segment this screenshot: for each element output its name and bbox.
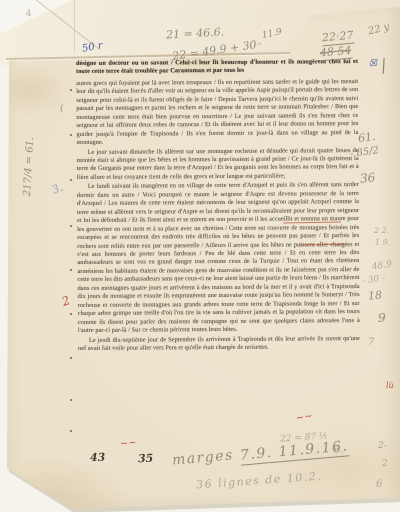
scanned-page: désigne un docteur ou un savant / Celui-… xyxy=(0,0,400,512)
pencil-faint-6: 6 xyxy=(376,479,382,490)
ink-speck xyxy=(70,225,72,227)
pencil-36-lignes-de-10-2: 36 lignes de 10.2. xyxy=(196,470,323,492)
pencil-calc-22-49-9: 22 = 49.9 + 30 xyxy=(172,38,258,63)
pencil-faint-2-b: 2 xyxy=(382,459,388,469)
pencil-faint-1-9: 1 9. xyxy=(375,238,390,247)
red-2-margin-mark: 2 xyxy=(60,293,72,309)
pencil-corner-22y: 22 y xyxy=(367,22,391,38)
ink-speck xyxy=(70,269,72,271)
pencil-faint-48-9: 48.9 xyxy=(371,260,392,273)
ink-speck xyxy=(70,179,72,181)
handwritten-annotations-layer: 50 r21 = 46.6.22 = 49.9 + 3011.9^22·2748… xyxy=(0,0,400,512)
pencil-vertical-tick: | xyxy=(381,55,387,74)
pencil-dates-7-9-11-9-16: 7.9. 11.9.16. xyxy=(239,438,349,465)
pencil-minus-85-2: - 85/2 xyxy=(349,145,379,160)
pencil-9: 9 xyxy=(378,311,386,325)
pencil-topleft-4: 4 xyxy=(25,8,33,19)
pencil-61: 61. xyxy=(357,130,376,145)
pencil-faint-minus-30: - 30 - xyxy=(361,273,385,286)
pencil-word-marges: marges xyxy=(171,447,234,468)
ink-speck xyxy=(70,430,72,432)
pencil-calc-48-54-struck: 48·54 xyxy=(319,44,352,61)
pencil-vertical-calc-217-4-61: 217/4 = 61. xyxy=(22,137,36,197)
pencil-calc-21-46-6: 21 = 46.6. xyxy=(166,25,225,41)
pencil-caret: ^ xyxy=(256,42,263,51)
blue-flag-mark: ☒ xyxy=(369,59,378,70)
pencil-insert-11-9: 11.9 xyxy=(261,27,283,41)
ink-speck xyxy=(70,399,72,401)
pencil-faint-7: 7 xyxy=(368,337,374,348)
red-flourish-after-noisettes: ∼∼ xyxy=(120,437,138,449)
pencil-paren-mark: ( xyxy=(59,104,64,114)
pencil-36: 36 xyxy=(359,170,376,186)
red-lu-margin-mark: lù xyxy=(386,381,394,390)
ink-count-35: 35 xyxy=(138,452,154,466)
pencil-faint-2-a: 2- xyxy=(378,441,387,451)
pencil-18: 18 xyxy=(367,288,382,302)
red-underline-mark xyxy=(299,244,345,246)
red-flourish-after-betes: ∼∼ xyxy=(295,411,313,425)
pencil-faint-2-2: 2 2. xyxy=(374,226,389,235)
blue-ink-50r-note: 50 r xyxy=(81,40,103,54)
red-underline-mark xyxy=(283,221,341,223)
ink-speck xyxy=(70,89,72,91)
ink-speck xyxy=(70,357,72,359)
ink-speck xyxy=(70,134,72,136)
ink-speck xyxy=(70,313,72,315)
ink-count-43: 43 xyxy=(90,451,106,465)
blue-pencil-3-mark: 3, xyxy=(50,180,65,196)
